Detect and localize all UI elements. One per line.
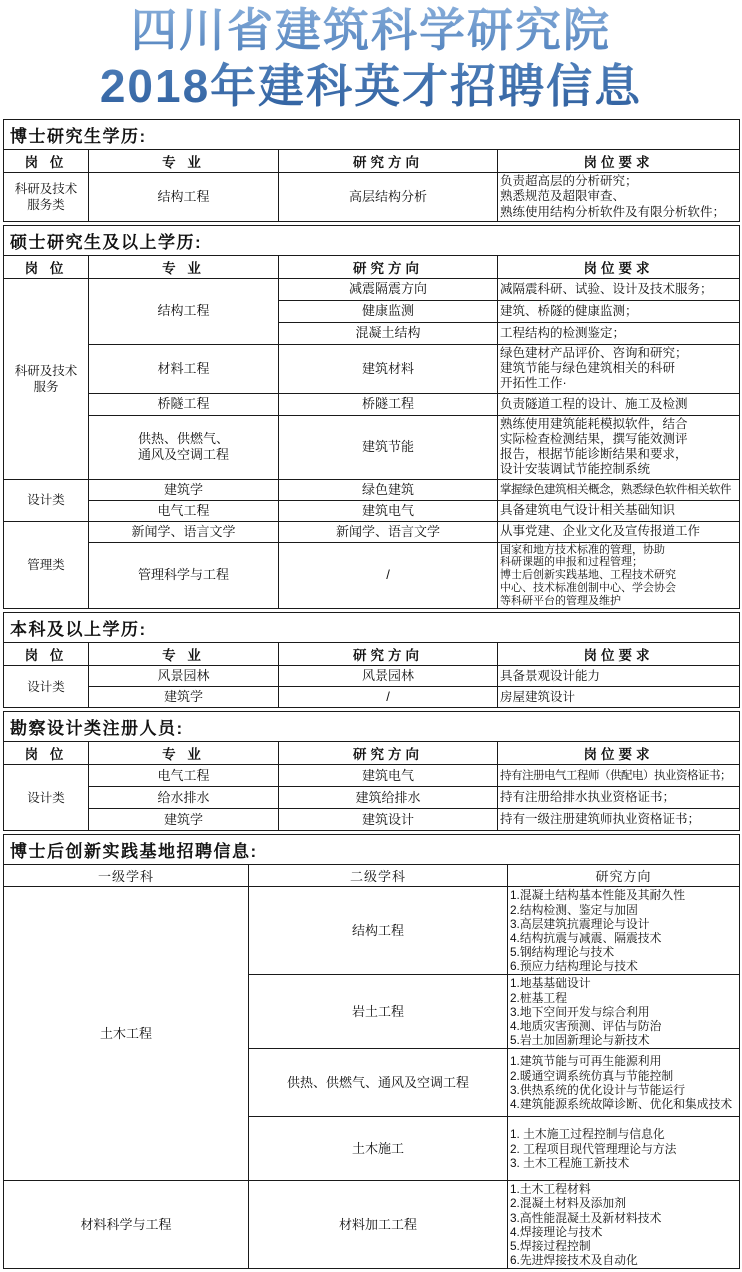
cell-requirement: 房屋建筑设计 bbox=[498, 687, 740, 708]
cell-direction: 风景园林 bbox=[279, 666, 498, 687]
cell-requirement: 负责超高层的分析研究； 熟悉规范及超限审查、 熟练使用结构分析软件及有限分析软件… bbox=[498, 173, 740, 222]
cell-requirement: 具备景观设计能力 bbox=[498, 666, 740, 687]
column-header-discipline-2: 二级学科 bbox=[249, 865, 508, 887]
cell-major: 结构工程 bbox=[89, 173, 279, 222]
cell-requirement: 绿色建材产品评价、咨询和研究； 建筑节能与绿色建筑相关的科研 开拓性工作· bbox=[498, 344, 740, 393]
cell-direction: 建筑设计 bbox=[279, 809, 498, 831]
cell-requirement: 持有注册给排水执业资格证书； bbox=[498, 787, 740, 809]
cell-major: 电气工程 bbox=[89, 765, 279, 787]
cell-position: 设计类 bbox=[4, 666, 89, 708]
section-master: 硕士研究生及以上学历: 岗 位 专 业 研究方向 岗位要求 科研及技术 服务 结… bbox=[3, 225, 740, 610]
cell-requirement: 减隔震科研、试验、设计及技术服务； bbox=[498, 278, 740, 300]
column-header-requirement: 岗位要求 bbox=[498, 742, 740, 765]
column-header-direction: 研究方向 bbox=[279, 255, 498, 278]
cell-direction: 建筑节能 bbox=[279, 415, 498, 479]
cell-major: 管理科学与工程 bbox=[89, 542, 279, 609]
column-header-major: 专 业 bbox=[89, 742, 279, 765]
cell-discipline-2: 供热、供燃气、通风及空调工程 bbox=[249, 1049, 508, 1117]
cell-position: 科研及技术 服务类 bbox=[4, 173, 89, 222]
cell-discipline-1: 材料科学与工程 bbox=[4, 1181, 249, 1269]
column-header-direction: 研究方向 bbox=[279, 742, 498, 765]
cell-direction: 建筑电气 bbox=[279, 500, 498, 521]
cell-requirement: 国家和地方技术标准的管理，协助 科研课题的申报和过程管理； 博士后创新实践基地、… bbox=[498, 542, 740, 609]
cell-direction: 新闻学、语言文学 bbox=[279, 521, 498, 542]
cell-requirement: 持有一级注册建筑师执业资格证书； bbox=[498, 809, 740, 831]
section-bachelor: 本科及以上学历: 岗 位 专 业 研究方向 岗位要求 设计类 风景园林 风景园林… bbox=[3, 612, 740, 708]
section-heading: 本科及以上学历: bbox=[4, 613, 740, 643]
cell-major: 电气工程 bbox=[89, 500, 279, 521]
page-title: 四川省建筑科学研究院 2018年建科英才招聘信息 bbox=[0, 0, 742, 114]
cell-research-list: 1.混凝土结构基本性能及其耐久性 2.结构检测、鉴定与加固 3.高层建筑抗震理论… bbox=[508, 887, 740, 975]
column-header-major: 专 业 bbox=[89, 255, 279, 278]
cell-direction: 建筑电气 bbox=[279, 765, 498, 787]
cell-direction: 健康监测 bbox=[279, 300, 498, 322]
column-header-requirement: 岗位要求 bbox=[498, 150, 740, 173]
column-header-position: 岗 位 bbox=[4, 150, 89, 173]
section-postdoc: 博士后创新实践基地招聘信息: 一级学科 二级学科 研究方向 土木工程 结构工程 … bbox=[3, 834, 740, 1269]
cell-major: 新闻学、语言文学 bbox=[89, 521, 279, 542]
cell-major: 供热、供燃气、 通风及空调工程 bbox=[89, 415, 279, 479]
cell-discipline-2: 材料加工工程 bbox=[249, 1181, 508, 1269]
column-header-major: 专 业 bbox=[89, 643, 279, 666]
cell-direction: 高层结构分析 bbox=[279, 173, 498, 222]
cell-discipline-2: 结构工程 bbox=[249, 887, 508, 975]
cell-discipline-2: 土木施工 bbox=[249, 1117, 508, 1181]
cell-research-list: 1.土木工程材料 2.混凝土材料及添加剂 3.高性能混凝土及新材料技术 4.焊接… bbox=[508, 1181, 740, 1269]
column-header-requirement: 岗位要求 bbox=[498, 255, 740, 278]
cell-major: 建筑学 bbox=[89, 687, 279, 708]
cell-major: 给水排水 bbox=[89, 787, 279, 809]
cell-requirement: 负责隧道工程的设计、施工及检测 bbox=[498, 393, 740, 415]
cell-direction: / bbox=[279, 687, 498, 708]
section-doctoral: 博士研究生学历: 岗 位 专 业 研究方向 岗位要求 科研及技术 服务类 结构工… bbox=[3, 119, 740, 222]
cell-direction: 建筑给排水 bbox=[279, 787, 498, 809]
page-title-line1: 四川省建筑科学研究院 bbox=[0, 2, 742, 58]
cell-position: 科研及技术 服务 bbox=[4, 278, 89, 479]
cell-position: 设计类 bbox=[4, 479, 89, 521]
cell-position: 管理类 bbox=[4, 521, 89, 609]
column-header-direction: 研究方向 bbox=[508, 865, 740, 887]
recruitment-notice-page: 四川省建筑科学研究院 2018年建科英才招聘信息 博士研究生学历: 岗 位 专 … bbox=[0, 0, 742, 1269]
page-title-line2: 2018年建科英才招聘信息 bbox=[0, 58, 742, 114]
cell-discipline-2: 岩土工程 bbox=[249, 975, 508, 1049]
cell-major: 材料工程 bbox=[89, 344, 279, 393]
cell-requirement: 持有注册电气工程师（供配电）执业资格证书； bbox=[498, 765, 740, 787]
cell-requirement: 工程结构的检测鉴定； bbox=[498, 322, 740, 344]
column-header-direction: 研究方向 bbox=[279, 150, 498, 173]
column-header-position: 岗 位 bbox=[4, 255, 89, 278]
column-header-position: 岗 位 bbox=[4, 742, 89, 765]
cell-requirement: 掌握绿色建筑相关概念，熟悉绿色软件相关软件 bbox=[498, 479, 740, 500]
cell-position: 设计类 bbox=[4, 765, 89, 831]
cell-direction: 桥隧工程 bbox=[279, 393, 498, 415]
cell-research-list: 1.地基基础设计 2.桩基工程 3.地下空间开发与综合利用 4.地质灾害预测、评… bbox=[508, 975, 740, 1049]
section-heading: 硕士研究生及以上学历: bbox=[4, 225, 740, 255]
section-heading: 博士研究生学历: bbox=[4, 120, 740, 150]
column-header-direction: 研究方向 bbox=[279, 643, 498, 666]
section-heading: 勘察设计类注册人员: bbox=[4, 712, 740, 742]
cell-major: 桥隧工程 bbox=[89, 393, 279, 415]
cell-discipline-1: 土木工程 bbox=[4, 887, 249, 1181]
cell-major: 建筑学 bbox=[89, 479, 279, 500]
section-registered: 勘察设计类注册人员: 岗 位 专 业 研究方向 岗位要求 设计类 电气工程 建筑… bbox=[3, 711, 740, 831]
column-header-major: 专 业 bbox=[89, 150, 279, 173]
cell-direction: 混凝土结构 bbox=[279, 322, 498, 344]
cell-direction: 建筑材料 bbox=[279, 344, 498, 393]
cell-direction: 减震隔震方向 bbox=[279, 278, 498, 300]
cell-requirement: 具备建筑电气设计相关基础知识 bbox=[498, 500, 740, 521]
column-header-requirement: 岗位要求 bbox=[498, 643, 740, 666]
cell-requirement: 建筑、桥隧的健康监测； bbox=[498, 300, 740, 322]
cell-research-list: 1.建筑节能与可再生能源利用 2.暖通空调系统仿真与节能控制 3.供热系统的优化… bbox=[508, 1049, 740, 1117]
cell-major: 风景园林 bbox=[89, 666, 279, 687]
section-heading: 博士后创新实践基地招聘信息: bbox=[4, 835, 740, 865]
column-header-position: 岗 位 bbox=[4, 643, 89, 666]
cell-direction: / bbox=[279, 542, 498, 609]
cell-requirement: 熟练使用建筑能耗模拟软件，结合 实际检查检测结果，撰写能效测评 报告，根据节能诊… bbox=[498, 415, 740, 479]
cell-research-list: 1. 土木施工过程控制与信息化 2. 工程项目现代管理理论与方法 3. 土木工程… bbox=[508, 1117, 740, 1181]
column-header-discipline-1: 一级学科 bbox=[4, 865, 249, 887]
cell-major: 建筑学 bbox=[89, 809, 279, 831]
cell-major: 结构工程 bbox=[89, 278, 279, 344]
cell-requirement: 从事党建、企业文化及宣传报道工作 bbox=[498, 521, 740, 542]
cell-direction: 绿色建筑 bbox=[279, 479, 498, 500]
